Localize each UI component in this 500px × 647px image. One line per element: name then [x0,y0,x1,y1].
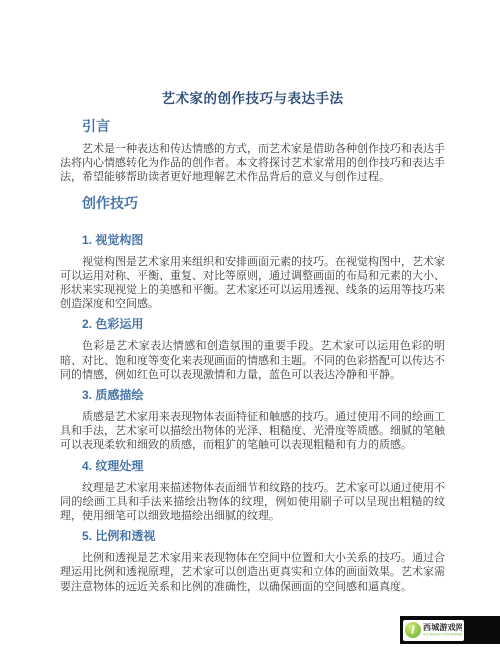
site-name: 西城游戏网 [423,623,462,632]
intro-paragraph: 艺术是一种表达和传达情感的方式，而艺术家是借助各种创作技巧和表达手法将内心情感转… [60,142,445,185]
intro-heading: 引言 [82,117,445,135]
subheading-texture-depiction: 3. 质感描绘 [82,387,445,403]
site-subtext: XICHENGYOUXIWANG [423,633,446,637]
watermark-card: 西城游戏网 XICHENGYOUXIWANG [403,620,464,641]
paragraph-texture-processing: 纹理是艺术家用来描述物体表面细节和纹路的技巧。艺术家可以通过使用不同的绘画工具和… [60,481,445,524]
site-watermark: 西城游戏网 XICHENGYOUXIWANG [400,616,500,644]
subheading-color-usage: 2. 色彩运用 [82,316,445,332]
subheading-proportion-perspective: 5. 比例和透视 [82,528,445,544]
subheading-visual-composition: 1. 视觉构图 [82,232,445,248]
subheading-texture-processing: 4. 纹理处理 [82,458,445,474]
techniques-heading: 创作技巧 [82,194,445,212]
watermark-text-group: 西城游戏网 XICHENGYOUXIWANG [423,623,462,638]
paragraph-texture-depiction: 质感是艺术家用来表现物体表面特征和触感的技巧。通过使用不同的绘画工具和手法，艺术… [60,410,445,453]
page-title: 艺术家的创作技巧与表达手法 [60,90,445,108]
green-sprout-sphere-icon [405,622,421,638]
document-page: 艺术家的创作技巧与表达手法 引言 艺术是一种表达和传达情感的方式，而艺术家是借助… [0,0,500,594]
paragraph-color-usage: 色彩是艺术家表达情感和创造氛围的重要手段。艺术家可以运用色彩的明暗、对比、饱和度… [60,339,445,382]
paragraph-proportion-perspective: 比例和透视是艺术家用来表现物体在空间中位置和大小关系的技巧。通过合理运用比例和透… [60,551,445,594]
paragraph-visual-composition: 视觉构图是艺术家用来组织和安排画面元素的技巧。在视觉构图中，艺术家可以运用对称、… [60,255,445,312]
